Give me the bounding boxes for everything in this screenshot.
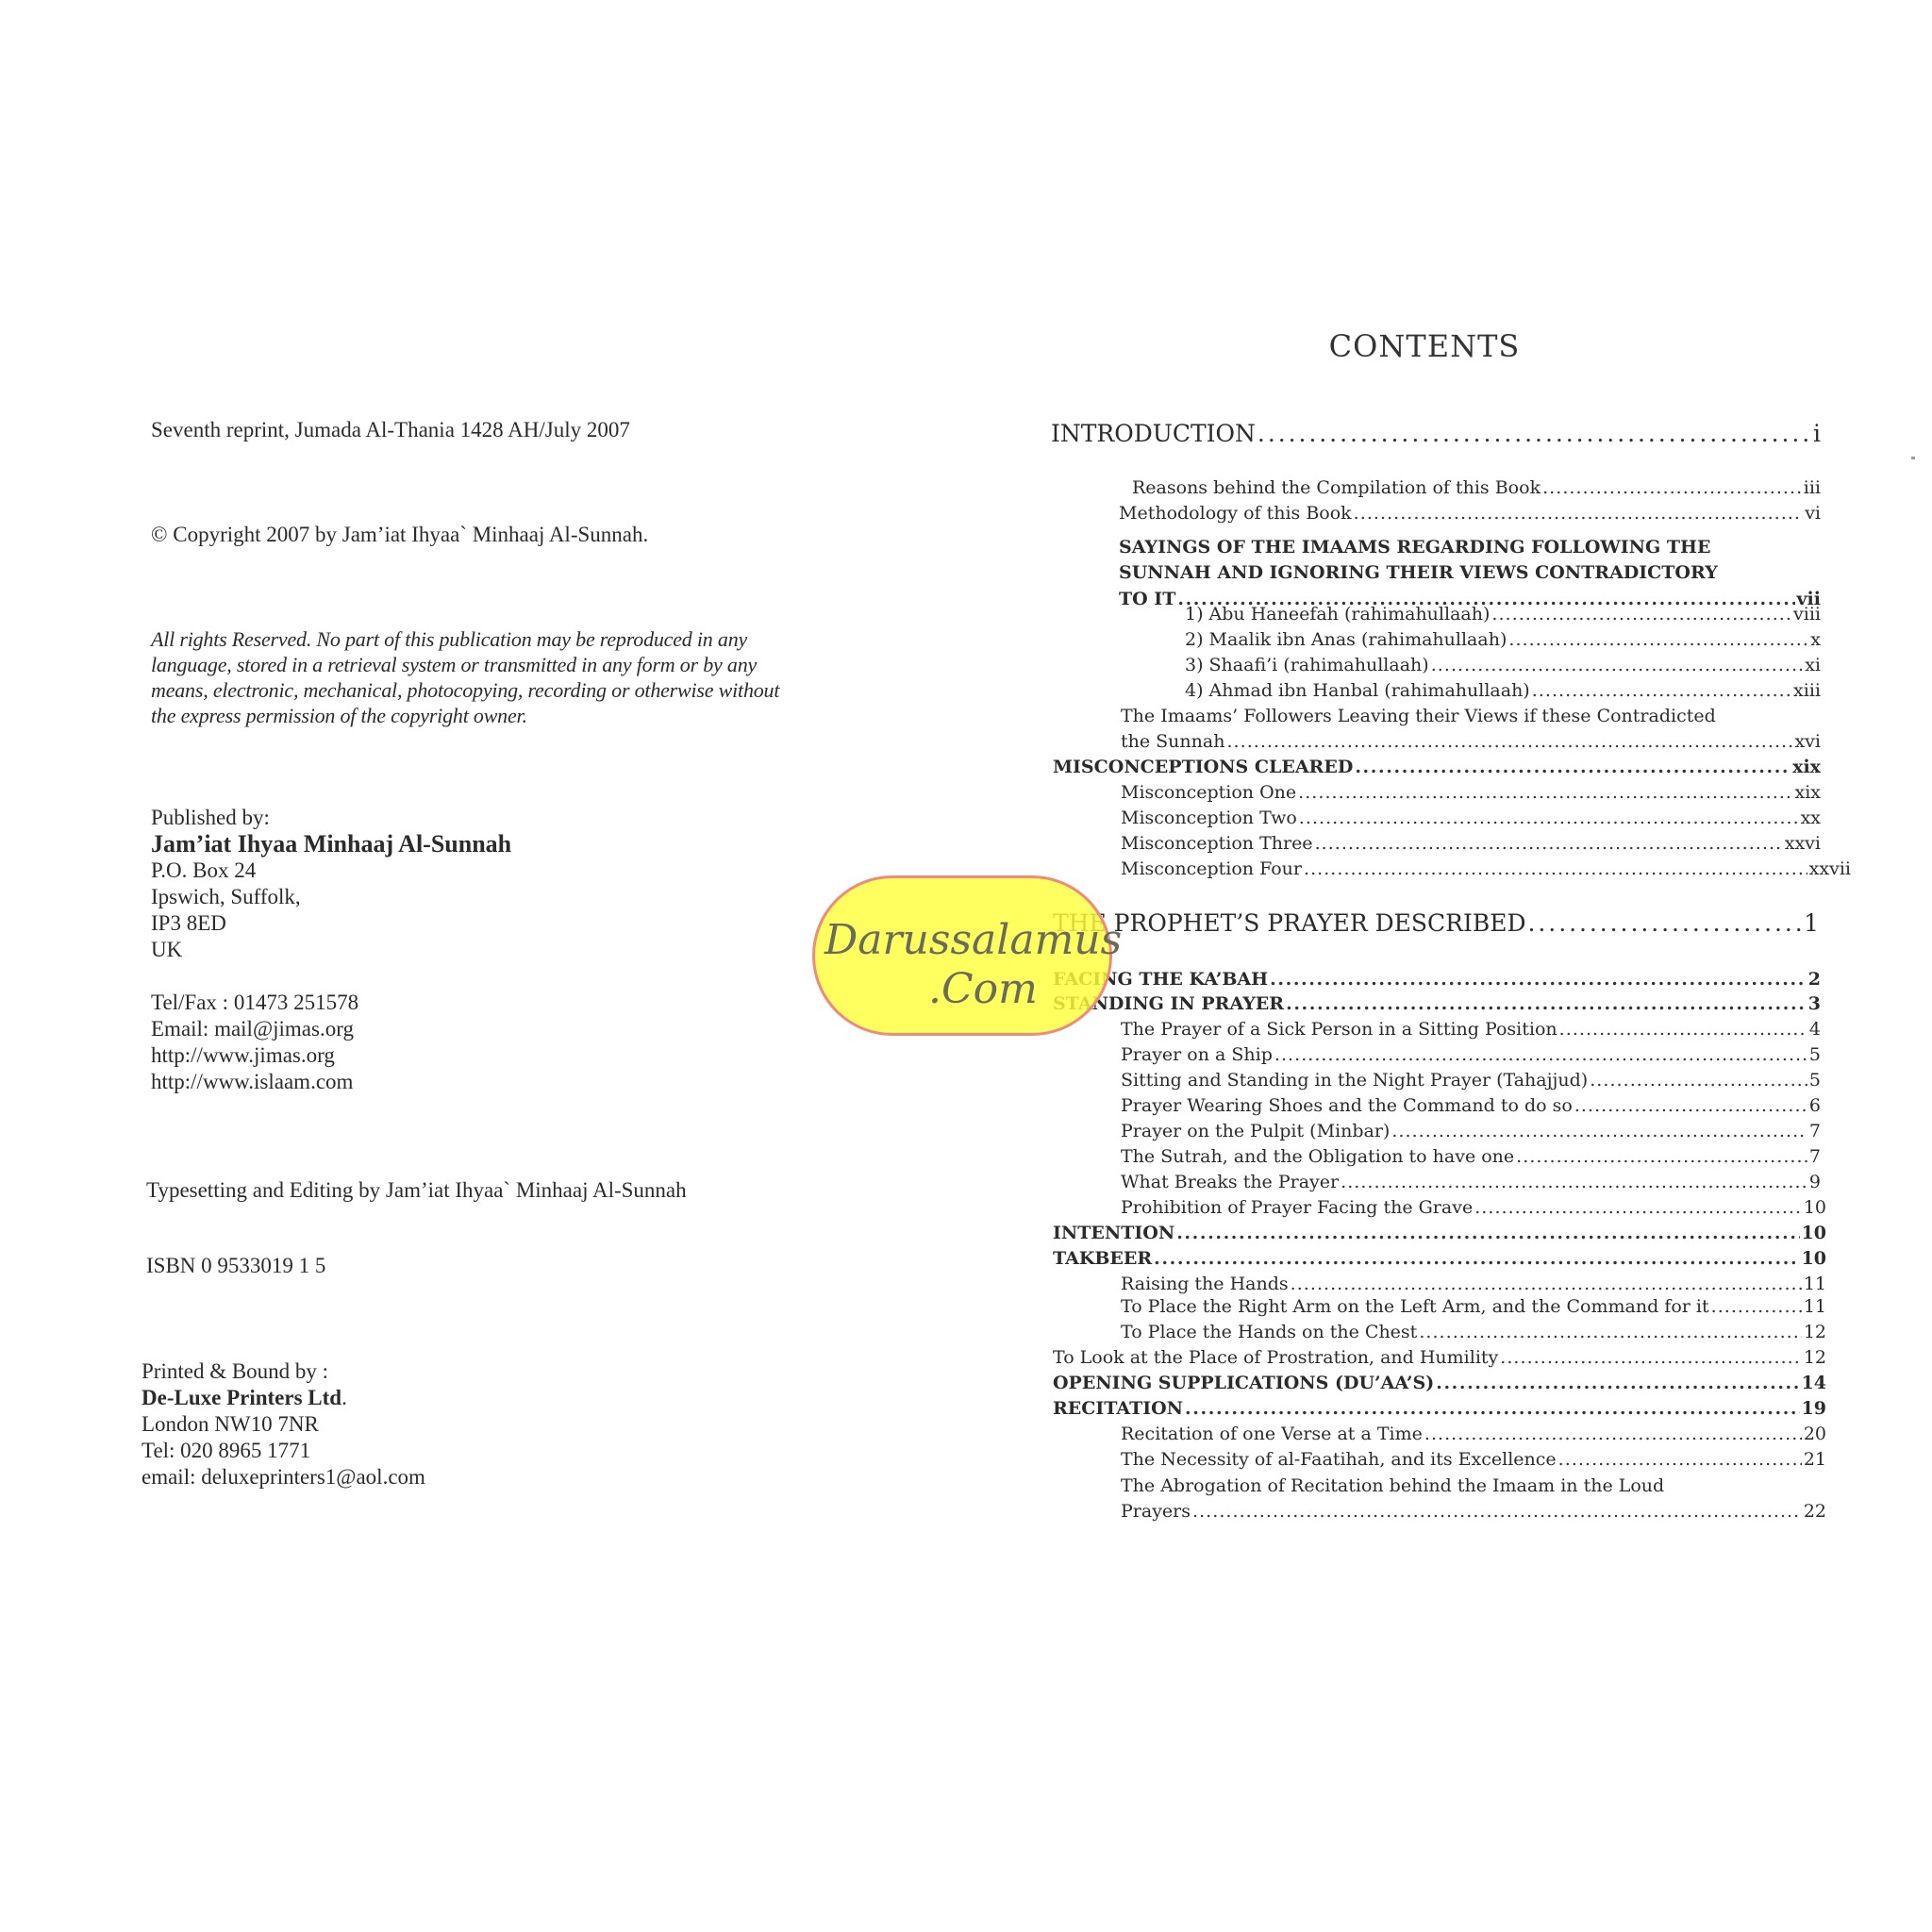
dot-leader bbox=[1491, 603, 1791, 625]
contents-title: CONTENTS bbox=[1038, 328, 1811, 364]
toc-entry-title: Prayer Wearing Shoes and the Command to … bbox=[1121, 1094, 1573, 1117]
toc-page-number: 20 bbox=[1804, 1423, 1826, 1445]
toc-entry[interactable]: 3) Shaafi’i (rahimahullaah)xi bbox=[1185, 654, 1821, 676]
dot-leader bbox=[1500, 1346, 1802, 1369]
isbn: ISBN 0 9533019 1 5 bbox=[146, 1253, 325, 1279]
dot-leader bbox=[1508, 628, 1808, 651]
publisher-name: Jam’iat Ihyaa Minhaaj Al-Sunnah bbox=[151, 831, 511, 858]
toc-page-number: 2 bbox=[1808, 968, 1821, 991]
toc-entry[interactable]: The Necessity of al-Faatihah, and its Ex… bbox=[1121, 1448, 1826, 1471]
dot-leader bbox=[1391, 1120, 1807, 1142]
toc-entry-title: Misconception Three bbox=[1121, 832, 1313, 855]
dot-leader bbox=[1542, 476, 1802, 499]
toc-page-number: 11 bbox=[1804, 1295, 1826, 1318]
toc-entry-title: Prayers bbox=[1121, 1500, 1191, 1523]
toc-page-number: 5 bbox=[1809, 1069, 1821, 1091]
toc-page-number: xx bbox=[1801, 807, 1821, 829]
dot-leader bbox=[1270, 968, 1807, 991]
dot-leader bbox=[1257, 423, 1811, 445]
toc-entry[interactable]: Misconception Twoxx bbox=[1121, 807, 1821, 829]
typesetting-credit: Typesetting and Editing by Jam’iat Ihyaa… bbox=[146, 1177, 687, 1204]
toc-entry[interactable]: To Look at the Place of Prostration, and… bbox=[1053, 1346, 1826, 1369]
toc-entry-title: TAKBEER bbox=[1053, 1247, 1152, 1270]
toc-page-number: 9 bbox=[1809, 1171, 1821, 1193]
watermark-text: .Com bbox=[928, 965, 1038, 1013]
printer-name: De-Luxe Printers Ltd bbox=[142, 1386, 341, 1409]
toc-entry[interactable]: Prayers22 bbox=[1121, 1500, 1826, 1523]
dot-leader bbox=[1185, 1397, 1800, 1420]
toc-entry-wrapped-line: SUNNAH AND IGNORING THEIR VIEWS CONTRADI… bbox=[1119, 561, 1718, 584]
toc-entry[interactable]: 1) Abu Haneefah (rahimahullaah)viii bbox=[1185, 603, 1821, 625]
toc-page-number: 12 bbox=[1804, 1346, 1826, 1369]
toc-page-number: 14 bbox=[1802, 1372, 1826, 1394]
dot-leader bbox=[1711, 1295, 1802, 1318]
toc-entry-title: The Necessity of al-Faatihah, and its Ex… bbox=[1121, 1448, 1557, 1471]
toc-entry[interactable]: Misconception Fourxxvii bbox=[1121, 858, 1851, 880]
toc-entry-title: the Sunnah bbox=[1121, 730, 1224, 753]
toc-entry[interactable]: 2) Maalik ibn Anas (rahimahullaah)x bbox=[1185, 628, 1821, 651]
toc-page-number: 21 bbox=[1804, 1448, 1826, 1471]
toc-entry[interactable]: Misconception Threexxvi bbox=[1121, 832, 1821, 855]
publisher-email: Email: mail@jimas.org bbox=[151, 1016, 511, 1042]
toc-entry[interactable]: INTRODUCTIONi bbox=[1051, 423, 1821, 445]
dot-leader bbox=[1558, 1448, 1802, 1471]
dot-leader bbox=[1574, 1094, 1807, 1117]
toc-page-number: 11 bbox=[1804, 1273, 1826, 1295]
publisher-website: http://www.islaam.com bbox=[151, 1069, 511, 1095]
toc-entry-title: Misconception Two bbox=[1121, 807, 1297, 829]
toc-entry-title: Sitting and Standing in the Night Prayer… bbox=[1121, 1069, 1588, 1091]
toc-entry-title: Prayer on a Ship bbox=[1121, 1043, 1273, 1066]
toc-page-number: 4 bbox=[1809, 1018, 1821, 1041]
publisher-website: http://www.jimas.org bbox=[151, 1042, 511, 1069]
toc-entry-title: 2) Maalik ibn Anas (rahimahullaah) bbox=[1185, 628, 1507, 651]
toc-entry-title: 1) Abu Haneefah (rahimahullaah) bbox=[1185, 603, 1490, 625]
toc-page-number: 10 bbox=[1802, 1247, 1826, 1270]
address-line: Ipswich, Suffolk, bbox=[151, 884, 511, 910]
toc-entry-title: THE PROPHET’S PRAYER DESCRIBED bbox=[1053, 912, 1526, 935]
toc-entry[interactable]: INTENTION10 bbox=[1053, 1222, 1826, 1244]
toc-entry[interactable]: FACING THE KA’BAH2 bbox=[1053, 968, 1821, 991]
toc-entry[interactable]: Raising the Hands11 bbox=[1121, 1273, 1826, 1295]
toc-entry-title: Raising the Hands bbox=[1121, 1273, 1289, 1295]
toc-entry[interactable]: Reasons behind the Compilation of this B… bbox=[1132, 476, 1821, 499]
dot-leader bbox=[1354, 502, 1804, 525]
toc-page-number: x bbox=[1810, 628, 1821, 651]
toc-entry[interactable]: The Sutrah, and the Obligation to have o… bbox=[1121, 1145, 1821, 1168]
toc-entry[interactable]: Misconception Onexix bbox=[1121, 781, 1821, 804]
rights-line: language, stored in a retrieval system o… bbox=[151, 652, 877, 677]
toc-entry[interactable]: The Prayer of a Sick Person in a Sitting… bbox=[1121, 1018, 1821, 1041]
toc-entry-title: INTRODUCTION bbox=[1051, 423, 1256, 445]
toc-entry-title: 4) Ahmad ibn Hanbal (rahimahullaah) bbox=[1185, 679, 1530, 702]
address-line: UK bbox=[151, 937, 511, 963]
dot-leader bbox=[1299, 807, 1799, 829]
toc-page-number: xvi bbox=[1794, 730, 1821, 753]
toc-entry-title: Prayer on the Pulpit (Minbar) bbox=[1121, 1120, 1390, 1142]
toc-page-number: xiii bbox=[1793, 679, 1821, 702]
toc-entry-title: Misconception Four bbox=[1121, 858, 1302, 880]
publisher-heading: Published by: bbox=[151, 805, 511, 831]
toc-entry[interactable]: Methodology of this Bookvi bbox=[1119, 502, 1821, 525]
toc-entry-title: RECITATION bbox=[1053, 1397, 1183, 1420]
toc-entry-title: To Place the Right Arm on the Left Arm, … bbox=[1121, 1295, 1709, 1318]
toc-entry-title: OPENING SUPPLICATIONS (DU’AA’S) bbox=[1053, 1372, 1434, 1394]
rights-line: the express permission of the copyright … bbox=[151, 703, 877, 728]
copyright-notice: © Copyright 2007 by Jam’iat Ihyaa` Minha… bbox=[151, 522, 648, 548]
toc-entry[interactable]: Recitation of one Verse at a Time20 bbox=[1121, 1423, 1826, 1445]
reprint-info: Seventh reprint, Jumada Al-Thania 1428 A… bbox=[151, 417, 630, 443]
toc-page-number: 22 bbox=[1804, 1500, 1826, 1523]
printer-name-line: De-Luxe Printers Ltd. bbox=[142, 1385, 425, 1411]
toc-entry[interactable]: RECITATION19 bbox=[1053, 1397, 1826, 1420]
printer-phone: Tel: 020 8965 1771 bbox=[142, 1438, 425, 1464]
toc-page-number: i bbox=[1813, 423, 1821, 445]
dot-leader bbox=[1419, 1321, 1802, 1343]
dot-leader bbox=[1474, 1196, 1802, 1219]
toc-page-number: 19 bbox=[1802, 1397, 1826, 1420]
toc-entry[interactable]: Prohibition of Prayer Facing the Grave10 bbox=[1121, 1196, 1826, 1219]
rights-line: All rights Reserved. No part of this pub… bbox=[151, 626, 877, 652]
toc-page-number: 10 bbox=[1804, 1196, 1826, 1219]
printer-address: London NW10 7NR bbox=[142, 1411, 425, 1438]
toc-page-number: 5 bbox=[1809, 1043, 1821, 1066]
toc-page-number: iii bbox=[1804, 476, 1821, 499]
toc-entry[interactable]: OPENING SUPPLICATIONS (DU’AA’S)14 bbox=[1053, 1372, 1826, 1394]
dot-leader bbox=[1590, 1069, 1807, 1091]
rights-line: means, electronic, mechanical, photocopy… bbox=[151, 677, 877, 703]
rights-statement: All rights Reserved. No part of this pub… bbox=[151, 626, 877, 728]
contents-page: CONTENTS INTRODUCTIONiReasons behind the… bbox=[1038, 0, 1887, 1932]
toc-entry[interactable]: Sitting and Standing in the Night Prayer… bbox=[1121, 1069, 1821, 1091]
toc-page-number: xix bbox=[1792, 756, 1821, 778]
toc-entry-wrapped-line: The Imaams’ Followers Leaving their View… bbox=[1121, 705, 1716, 727]
toc-page-number: xi bbox=[1805, 654, 1821, 676]
address-line: IP3 8ED bbox=[151, 910, 511, 937]
toc-page-number: 7 bbox=[1809, 1120, 1821, 1142]
dot-leader bbox=[1298, 781, 1792, 804]
toc-page-number: 12 bbox=[1804, 1321, 1826, 1343]
printer-email: email: deluxeprinters1@aol.com bbox=[142, 1464, 425, 1491]
toc-entry-title: MISCONCEPTIONS CLEARED bbox=[1053, 756, 1353, 778]
publisher-block: Published by: Jam’iat Ihyaa Minhaaj Al-S… bbox=[151, 805, 511, 1095]
publisher-phone: Tel/Fax : 01473 251578 bbox=[151, 990, 511, 1016]
dot-leader bbox=[1176, 1222, 1799, 1244]
dot-leader bbox=[1532, 679, 1791, 702]
toc-entry-title: Misconception One bbox=[1121, 781, 1296, 804]
toc-entry-title: To Look at the Place of Prostration, and… bbox=[1053, 1346, 1498, 1369]
toc-entry-wrapped-line: SAYINGS OF THE IMAAMS REGARDING FOLLOWIN… bbox=[1119, 536, 1710, 558]
dot-leader bbox=[1274, 1043, 1807, 1066]
toc-page-number: 7 bbox=[1809, 1145, 1821, 1168]
dot-leader bbox=[1355, 756, 1790, 778]
dot-leader bbox=[1516, 1145, 1807, 1168]
dot-leader bbox=[1528, 912, 1803, 935]
watermark-badge: Darussalamus .Com bbox=[812, 875, 1112, 1036]
dot-leader bbox=[1286, 992, 1807, 1015]
dot-leader bbox=[1226, 730, 1792, 753]
toc-entry-title: Recitation of one Verse at a Time bbox=[1121, 1423, 1423, 1445]
dot-leader bbox=[1315, 832, 1783, 855]
dot-leader bbox=[1436, 1372, 1799, 1394]
toc-entry[interactable]: To Place the Hands on the Chest12 bbox=[1121, 1321, 1826, 1343]
toc-page-number: 10 bbox=[1802, 1222, 1826, 1244]
dot-leader bbox=[1341, 1171, 1807, 1193]
toc-entry-wrapped-line: The Abrogation of Recitation behind the … bbox=[1121, 1474, 1664, 1497]
toc-entry-title: Prohibition of Prayer Facing the Grave bbox=[1121, 1196, 1473, 1219]
toc-page-number: xxvi bbox=[1785, 832, 1821, 855]
scan-speck bbox=[1911, 457, 1915, 459]
toc-entry[interactable]: Prayer Wearing Shoes and the Command to … bbox=[1121, 1094, 1821, 1117]
toc-entry[interactable]: STANDING IN PRAYER3 bbox=[1053, 992, 1821, 1015]
toc-entry-title: To Place the Hands on the Chest bbox=[1121, 1321, 1417, 1343]
copyright-page: Seventh reprint, Jumada Al-Thania 1428 A… bbox=[0, 0, 943, 1932]
dot-leader bbox=[1192, 1500, 1802, 1523]
toc-entry[interactable]: THE PROPHET’S PRAYER DESCRIBED1 bbox=[1053, 912, 1819, 935]
toc-entry-title: 3) Shaafi’i (rahimahullaah) bbox=[1185, 654, 1429, 676]
toc-entry-title: TO IT bbox=[1119, 588, 1175, 610]
toc-page-number: 1 bbox=[1804, 912, 1819, 935]
toc-entry[interactable]: What Breaks the Prayer9 bbox=[1121, 1171, 1821, 1193]
toc-page-number: 3 bbox=[1808, 992, 1821, 1015]
toc-page-number: xxvii bbox=[1809, 858, 1851, 880]
printer-block: Printed & Bound by : De-Luxe Printers Lt… bbox=[142, 1358, 425, 1491]
toc-page-number: viii bbox=[1793, 603, 1821, 625]
dot-leader bbox=[1304, 858, 1807, 880]
address-line: P.O. Box 24 bbox=[151, 858, 511, 884]
printer-heading: Printed & Bound by : bbox=[142, 1358, 425, 1385]
toc-entry[interactable]: TAKBEER10 bbox=[1053, 1247, 1826, 1270]
toc-entry-title: INTENTION bbox=[1053, 1222, 1174, 1244]
dot-leader bbox=[1431, 654, 1804, 676]
toc-entry-title: Methodology of this Book bbox=[1119, 502, 1352, 525]
dot-leader bbox=[1154, 1247, 1799, 1270]
toc-entry-title: Reasons behind the Compilation of this B… bbox=[1132, 476, 1541, 499]
dot-leader bbox=[1424, 1423, 1802, 1445]
toc-entry[interactable]: MISCONCEPTIONS CLEAREDxix bbox=[1053, 756, 1821, 778]
toc-entry[interactable]: Prayer on a Ship5 bbox=[1121, 1043, 1821, 1066]
toc-entry[interactable]: the Sunnahxvi bbox=[1121, 730, 1821, 753]
dot-leader bbox=[1291, 1273, 1802, 1295]
dot-leader bbox=[1559, 1018, 1807, 1041]
watermark-text: Darussalamus bbox=[824, 916, 1122, 964]
toc-entry[interactable]: Prayer on the Pulpit (Minbar)7 bbox=[1121, 1120, 1821, 1142]
toc-entry[interactable]: 4) Ahmad ibn Hanbal (rahimahullaah)xiii bbox=[1185, 679, 1821, 702]
toc-entry[interactable]: To Place the Right Arm on the Left Arm, … bbox=[1121, 1295, 1826, 1318]
toc-page-number: vi bbox=[1805, 502, 1821, 525]
toc-page-number: 6 bbox=[1809, 1094, 1821, 1117]
toc-entry-title: What Breaks the Prayer bbox=[1121, 1171, 1339, 1193]
toc-entry-title: The Sutrah, and the Obligation to have o… bbox=[1121, 1145, 1514, 1168]
toc-page-number: xix bbox=[1794, 781, 1821, 804]
toc-entry-title: The Prayer of a Sick Person in a Sitting… bbox=[1121, 1018, 1557, 1041]
